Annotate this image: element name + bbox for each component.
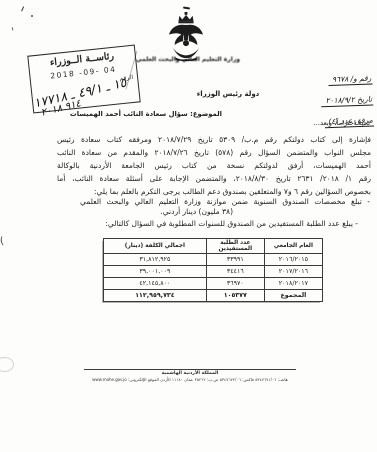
total-cost: ١١٢,٩٥٩,٧٣٤ [104,290,207,302]
header-academic-year: العام الجامعي [264,239,322,254]
scan-smudge [0,357,14,372]
pen-speck [31,15,33,17]
bullet-beneficiaries-intro: - يبلغ عدد الطلبة المستفيدين من الصندوق … [105,219,358,228]
table-row: ٢٠١٦/٢٠١٥ ٣٣٩٩١ ٣١,٨١٢,٩٢٥ [104,254,323,266]
table-cell-year: ٢٠١٨/٢٠١٧ [264,278,322,290]
table-total-row: المجموع ١٠٥٣٧٧ ١١٢,٩٥٩,٧٣٤ [104,290,323,302]
bullet-fund-allocation-amount: (٣٨ مليون) دينار أردني. [160,207,233,216]
table-cell-cost: ٤٢,١٤٥,٨٠٠ [104,278,207,290]
header-total-cost: اجمالي الكلفة (دينار) [104,239,207,254]
footer-kingdom-line: المملكة الأردنية الهاشمية [84,371,296,376]
bullet-fund-allocation: - تبلغ مخصصات الصندوق السنوية ضمن موازنة… [80,196,370,207]
footer-divider [84,369,296,370]
table-cell-year: ٢٠١٦/٢٠١٥ [264,254,322,266]
table-cell-students: ٣٦٩٧٠ [206,278,264,290]
footer-contact-line: هاتف: ٥٣٤٧٦٧١/٠٦ فاكس: ٥٣٤٧٦٧٢/٠٦ ص.ب: ٣… [84,377,296,382]
table-row: ٢٠١٨/٢٠١٧ ٣٦٩٧٠ ٤٢,١٤٥,٨٠٠ [104,278,323,290]
table-cell-students: ٣٣٩٩١ [206,254,264,266]
table-header-row: العام الجامعي عدد الطلبة المستفيدين اجما… [104,239,323,254]
subject-line: الموضوع: سؤال سعادة النائب أحمد الهميسات [70,110,222,118]
recipient-line: دولة رئيس الوزراء [180,90,276,98]
body-paragraph: فإشارة إلى كتاب دولتكم رقم م.ب/ ٥٣٠٩ تار… [57,133,371,198]
body-line: فإشارة إلى كتاب دولتكم رقم م.ب/ ٥٣٠٩ تار… [57,133,371,146]
ministry-calligraphy-banner: وزارة التعليم العالي والبحث العلمي [132,56,244,63]
total-students: ١٠٥٣٧٧ [206,290,264,302]
stray-mark: ( [0,236,5,247]
table-cell-cost: ٣٩,٠٠١,٠٠٩ [104,266,207,278]
ref-number-line: رقم و/ ٩٦٧٨ [328,74,373,87]
pen-speck [12,27,16,31]
scanned-letter-page: ( وزارة التعليم العالي والبحث العلمي رئا… [0,0,377,452]
body-line: رقم ١/ ٢٠١٨/ ٢٦٣١ تاريخ ٢٠١٨/٨/٣٠، والمت… [57,172,371,185]
table-cell-students: ٣٤٤١٦ [206,266,264,278]
header-student-count: عدد الطلبة المستفيدين [206,239,264,254]
body-line: مجلس النواب والمتضمن السؤال رقم (٥٧٨) تا… [57,146,371,159]
table-row: ٢٠١٧/٢٠١٦ ٣٤٤١٦ ٣٩,٠٠١,٠٠٩ [104,266,323,278]
table-cell-year: ٢٠١٧/٢٠١٦ [264,266,322,278]
salutation-line: تحية احتراماً، وبعد... [314,119,370,127]
table-cell-cost: ٣١,٨١٢,٩٢٥ [104,254,207,266]
total-label: المجموع [264,290,322,302]
emblem-plume-mark [183,7,190,10]
ref-date-line: تاريخ ٢٠١٨/٩/٢ [321,95,373,108]
beneficiaries-table: العام الجامعي عدد الطلبة المستفيدين اجما… [103,238,323,302]
pen-speck [21,6,27,12]
body-line: أحمد الهميسات، أرفق لدولتكم نسخة من كتاب… [57,159,371,172]
